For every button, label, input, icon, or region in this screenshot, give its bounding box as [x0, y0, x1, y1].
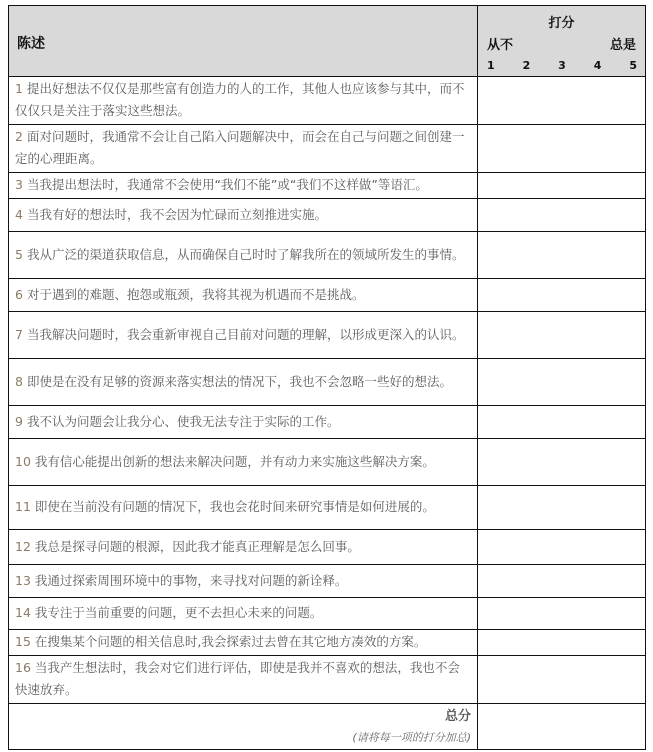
statement-cell: 7当我解决问题时，我会重新审视自己目前对问题的理解，以形成更深入的认识。 [9, 312, 478, 359]
statement-row: 10我有信心能提出创新的想法来解决问题，并有动力来实施这些解决方案。 [9, 439, 646, 486]
scale-3: 3 [558, 59, 566, 72]
scale-2: 2 [523, 59, 531, 72]
statement-row: 5我从广泛的渠道获取信息，从而确保自己时时了解我所在的领域所发生的事情。 [9, 232, 646, 279]
statement-row: 6对于遇到的难题、抱怨或瓶颈，我将其视为机遇而不是挑战。 [9, 279, 646, 312]
score-header: 打分 从不 总是 1 2 3 4 5 [478, 6, 646, 77]
statement-cell: 5我从广泛的渠道获取信息，从而确保自己时时了解我所在的领域所发生的事情。 [9, 232, 478, 279]
score-input-cell[interactable] [478, 565, 646, 598]
score-input-cell[interactable] [478, 173, 646, 199]
score-input-cell[interactable] [478, 439, 646, 486]
score-input-cell[interactable] [478, 598, 646, 630]
score-input-cell[interactable] [478, 199, 646, 232]
statement-row: 7当我解决问题时，我会重新审视自己目前对问题的理解，以形成更深入的认识。 [9, 312, 646, 359]
self-assessment-sheet: 陈述 打分 从不 总是 1 2 3 4 5 1提出好想法不仅仅是那些富有创造力 [8, 5, 645, 750]
statement-row: 13我通过探索周围环境中的事物，来寻找对问题的新诠释。 [9, 565, 646, 598]
scale-1: 1 [487, 59, 495, 72]
scale-5: 5 [629, 59, 637, 72]
statement-number: 5 [15, 247, 23, 262]
score-input-cell[interactable] [478, 530, 646, 565]
statement-text: 即使是在没有足够的资源来落实想法的情况下，我也不会忽略一些好的想法。 [27, 374, 452, 389]
statement-number: 14 [15, 605, 31, 620]
statement-text: 提出好想法不仅仅是那些富有创造力的人的工作，其他人也应该参与其中，而不仅仅只是关… [15, 81, 464, 118]
statement-text: 当我提出想法时，我通常不会使用“我们不能”或“我们不这样做”等语汇。 [27, 177, 428, 192]
statement-row: 2面对问题时，我通常不会让自己陷入问题解决中，而会在自己与问题之间创建一定的心理… [9, 125, 646, 173]
statement-cell: 6对于遇到的难题、抱怨或瓶颈，我将其视为机遇而不是挑战。 [9, 279, 478, 312]
statement-cell: 11即使在当前没有问题的情况下，我也会花时间来研究事情是如何进展的。 [9, 486, 478, 530]
statement-row: 1提出好想法不仅仅是那些富有创造力的人的工作，其他人也应该参与其中，而不仅仅只是… [9, 77, 646, 125]
statement-text: 当我产生想法时，我会对它们进行评估，即使是我并不喜欢的想法，我也不会快速放弃。 [15, 660, 460, 697]
statement-number: 8 [15, 374, 23, 389]
always-label: 总是 [610, 34, 636, 53]
total-label-cell: 总分 (请将每一项的打分加总) [9, 704, 478, 750]
statement-number: 7 [15, 327, 23, 342]
statement-text: 当我解决问题时，我会重新审视自己目前对问题的理解，以形成更深入的认识。 [27, 327, 465, 342]
statement-row: 3当我提出想法时，我通常不会使用“我们不能”或“我们不这样做”等语汇。 [9, 173, 646, 199]
statement-row: 11即使在当前没有问题的情况下，我也会花时间来研究事情是如何进展的。 [9, 486, 646, 530]
statement-cell: 10我有信心能提出创新的想法来解决问题，并有动力来实施这些解决方案。 [9, 439, 478, 486]
statement-row: 12我总是探寻问题的根源，因此我才能真正理解是怎么回事。 [9, 530, 646, 565]
statement-header: 陈述 [9, 6, 478, 77]
score-input-cell[interactable] [478, 77, 646, 125]
score-input-cell[interactable] [478, 630, 646, 656]
statement-cell: 2面对问题时，我通常不会让自己陷入问题解决中，而会在自己与问题之间创建一定的心理… [9, 125, 478, 173]
score-input-cell[interactable] [478, 486, 646, 530]
header-row: 陈述 打分 从不 总是 1 2 3 4 5 [9, 6, 646, 77]
statement-number: 9 [15, 414, 23, 429]
statement-cell: 15在搜集某个问题的相关信息时,我会探索过去曾在其它地方凑效的方案。 [9, 630, 478, 656]
statement-number: 4 [15, 207, 23, 222]
score-input-cell[interactable] [478, 312, 646, 359]
statement-row: 15在搜集某个问题的相关信息时,我会探索过去曾在其它地方凑效的方案。 [9, 630, 646, 656]
scale-4: 4 [594, 59, 602, 72]
statement-number: 12 [15, 539, 31, 554]
statement-number: 2 [15, 129, 23, 144]
statement-text: 我总是探寻问题的根源，因此我才能真正理解是怎么回事。 [35, 539, 360, 554]
score-input-cell[interactable] [478, 125, 646, 173]
statement-text: 我有信心能提出创新的想法来解决问题，并有动力来实施这些解决方案。 [35, 454, 435, 469]
score-scale: 1 2 3 4 5 [487, 59, 637, 72]
statement-text: 即使在当前没有问题的情况下，我也会花时间来研究事情是如何进展的。 [35, 499, 435, 514]
statement-row: 4当我有好的想法时，我不会因为忙碌而立刻推进实施。 [9, 199, 646, 232]
never-label: 从不 [487, 34, 513, 53]
statement-cell: 13我通过探索周围环境中的事物，来寻找对问题的新诠释。 [9, 565, 478, 598]
score-input-cell[interactable] [478, 359, 646, 406]
score-label: 打分 [478, 12, 645, 31]
score-input-cell[interactable] [478, 656, 646, 704]
statement-row: 16当我产生想法时，我会对它们进行评估，即使是我并不喜欢的想法，我也不会快速放弃… [9, 656, 646, 704]
statement-text: 我专注于当前重要的问题，更不去担心未来的问题。 [35, 605, 323, 620]
statement-text: 我从广泛的渠道获取信息，从而确保自己时时了解我所在的领域所发生的事情。 [27, 247, 465, 262]
statement-text: 我不认为问题会让我分心、使我无法专注于实际的工作。 [27, 414, 340, 429]
score-input-cell[interactable] [478, 279, 646, 312]
statement-number: 3 [15, 177, 23, 192]
statement-text: 对于遇到的难题、抱怨或瓶颈，我将其视为机遇而不是挑战。 [27, 287, 365, 302]
total-note: (请将每一项的打分加总) [9, 728, 471, 748]
statement-cell: 12我总是探寻问题的根源，因此我才能真正理解是怎么回事。 [9, 530, 478, 565]
score-input-cell[interactable] [478, 406, 646, 439]
statement-row: 14我专注于当前重要的问题，更不去担心未来的问题。 [9, 598, 646, 630]
statement-number: 13 [15, 573, 31, 588]
statement-number: 15 [15, 634, 31, 649]
statement-cell: 3当我提出想法时，我通常不会使用“我们不能”或“我们不这样做”等语汇。 [9, 173, 478, 199]
statement-cell: 16当我产生想法时，我会对它们进行评估，即使是我并不喜欢的想法，我也不会快速放弃… [9, 656, 478, 704]
total-row: 总分 (请将每一项的打分加总) [9, 704, 646, 750]
total-label: 总分 [9, 706, 471, 728]
statement-row: 9我不认为问题会让我分心、使我无法专注于实际的工作。 [9, 406, 646, 439]
score-input-cell[interactable] [478, 232, 646, 279]
statement-number: 10 [15, 454, 31, 469]
statement-text: 在搜集某个问题的相关信息时,我会探索过去曾在其它地方凑效的方案。 [35, 634, 426, 649]
statement-cell: 8即使是在没有足够的资源来落实想法的情况下，我也不会忽略一些好的想法。 [9, 359, 478, 406]
statement-text: 面对问题时，我通常不会让自己陷入问题解决中，而会在自己与问题之间创建一定的心理距… [15, 129, 464, 166]
statement-text: 当我有好的想法时，我不会因为忙碌而立刻推进实施。 [27, 207, 327, 222]
statement-number: 1 [15, 81, 23, 96]
total-score-input[interactable] [478, 704, 646, 750]
statement-cell: 9我不认为问题会让我分心、使我无法专注于实际的工作。 [9, 406, 478, 439]
statement-cell: 14我专注于当前重要的问题，更不去担心未来的问题。 [9, 598, 478, 630]
statement-cell: 1提出好想法不仅仅是那些富有创造力的人的工作，其他人也应该参与其中，而不仅仅只是… [9, 77, 478, 125]
statement-number: 6 [15, 287, 23, 302]
assessment-table: 陈述 打分 从不 总是 1 2 3 4 5 1提出好想法不仅仅是那些富有创造力 [8, 5, 646, 750]
statement-text: 我通过探索周围环境中的事物，来寻找对问题的新诠释。 [35, 573, 348, 588]
statement-row: 8即使是在没有足够的资源来落实想法的情况下，我也不会忽略一些好的想法。 [9, 359, 646, 406]
statement-cell: 4当我有好的想法时，我不会因为忙碌而立刻推进实施。 [9, 199, 478, 232]
statement-number: 11 [15, 499, 31, 514]
statement-number: 16 [15, 660, 31, 675]
